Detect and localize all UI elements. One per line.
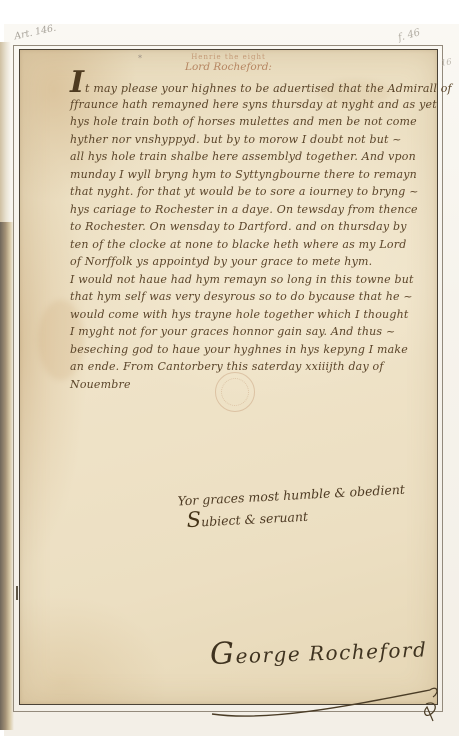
letter-line: that nyght. for that yt would be to sore… [70,183,434,201]
ink-speck [16,586,18,600]
letter-line: It may please your highnes to be aduerti… [70,78,434,96]
letter-line: an ende. From Cantorbery this saterday x… [70,358,434,376]
letter-line: beseching god to haue your hyghnes in hy… [70,341,434,359]
letter-line: I myght not for your graces honnor gain … [70,323,434,341]
letter-line: to Rochester. On wensday to Dartford. an… [70,218,434,236]
letter-line: all hys hole train shalbe here assemblyd… [70,148,434,166]
header-monarch-label: Henrie the eight [20,53,437,61]
letter-line: hyther nor vnshyppyd. but by to morow I … [70,131,434,149]
manuscript-photograph: Art. 146. f. 46 16 * Henrie the eight Lo… [0,0,461,751]
letter-line: that hym self was very desyrous so to do… [70,288,434,306]
letter-line: munday I wyll bryng hym to Syttyngbourne… [70,166,434,184]
letter-line: hys hole train both of horses mulettes a… [70,113,434,131]
letter-closing: Yor graces most humble & obedientSubiect… [177,479,429,529]
letter-line: hys cariage to Rochester in a daye. On t… [70,201,434,219]
book-gutter-shadow-bottom [0,222,14,730]
book-gutter-shadow-top [0,42,11,222]
signature-flourish [198,648,448,728]
library-stamp [215,372,255,412]
letter-line: ten of the clocke at none to blacke heth… [70,236,434,254]
letter-line: of Norffolk ys appointyd by your grace t… [70,253,434,271]
manuscript-sheet: * Henrie the eight Lord Rocheford: It ma… [19,49,438,705]
letter-line: I would not haue had hym remayn so long … [70,271,434,289]
letter-line: ffraunce hath remayned here syns thursda… [70,96,434,114]
letter-body: It may please your highnes to be aduerti… [70,78,434,393]
margin-number-pencil: 16 [440,57,452,68]
letter-line: would come with hys trayne hole together… [70,306,434,324]
